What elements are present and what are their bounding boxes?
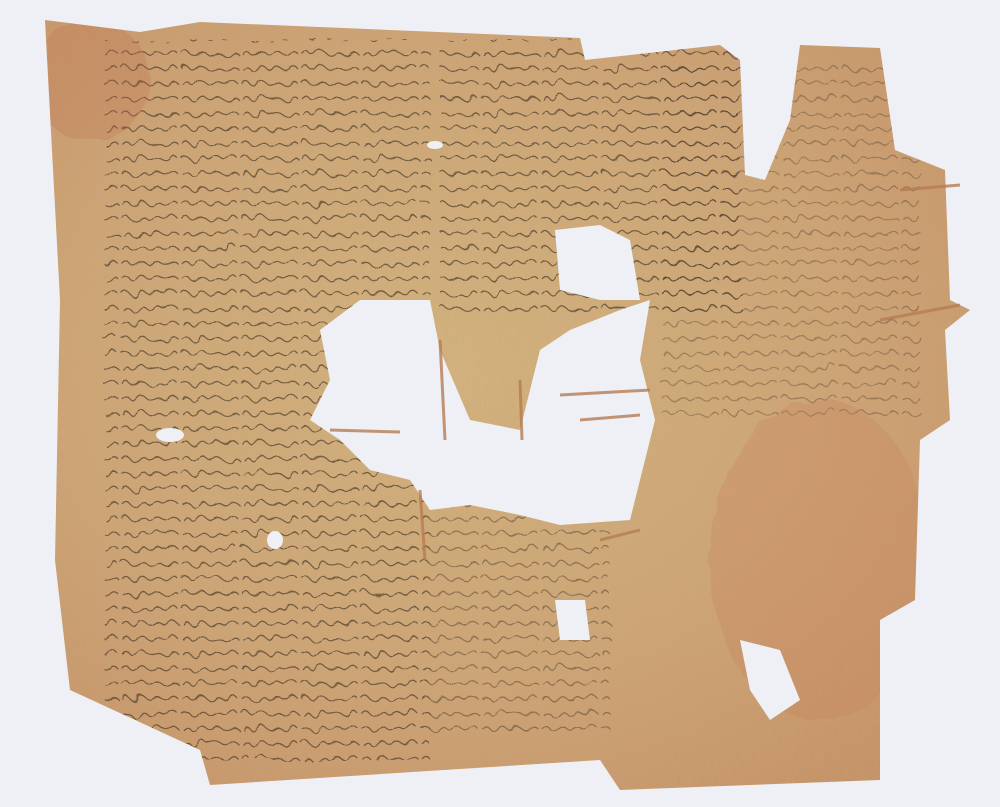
- photo-scene: [0, 0, 1000, 807]
- papyrus-fragment: [0, 0, 1000, 807]
